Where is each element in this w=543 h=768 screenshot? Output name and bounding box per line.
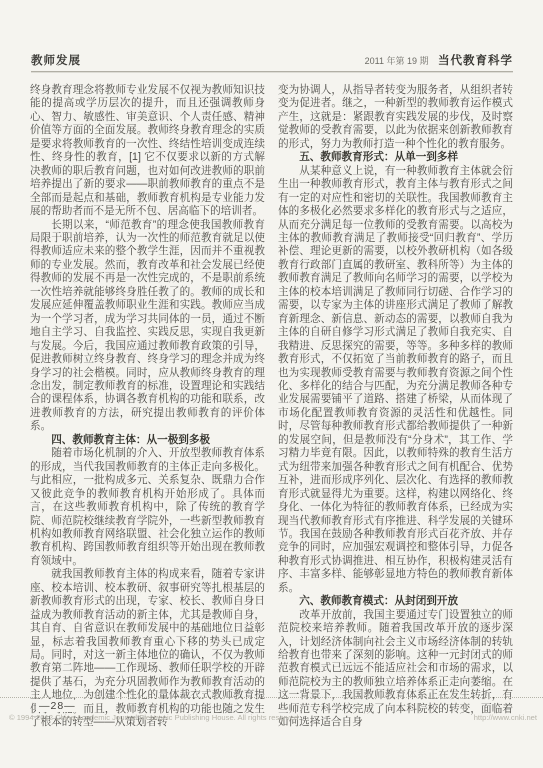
page-header: 教师发展 2011 年第 19 期 当代教育科学 [31, 52, 513, 68]
paragraph: 改革开放前，我国主要通过专门设置独立的师范院校来培养教师。随着我国改革开放的逐步… [278, 609, 513, 730]
paragraph: 从某种意义上说，有一种教师教育主体就会衍生出一种教师教育形式，教育主体与教育形式… [278, 165, 513, 596]
copyright-line: © 1994-2012 China Academic Journal Elect… [9, 713, 537, 722]
paragraph: 随着市场化机制的介入、开放型教师教育体系的形成，当代我国教师教育的主体正走向多极… [30, 447, 265, 568]
journal-page: 教师发展 2011 年第 19 期 当代教育科学 终身教育理念将教师专业发展不仅… [0, 0, 543, 768]
paragraph: 长期以来，“师范教育”的理念使我国教师教育局限于职前培养，认为一次性的师范教育就… [30, 219, 265, 434]
header-journal-name: 当代教育科学 [438, 55, 513, 67]
copyright-text: © 1994-2012 China Academic Journal Elect… [9, 713, 300, 722]
page-number: —28— [36, 700, 79, 712]
header-issue-text: 2011 年第 19 期 [365, 56, 429, 66]
copyright-url: http://www.cnki.net [474, 713, 537, 722]
header-section-label: 教师发展 [31, 52, 81, 68]
footer-divider [0, 697, 543, 698]
left-column: 终身教育理念将教师专业发展不仅视为教师知识技能的提高或学历层次的提升，而且还强调… [30, 84, 265, 730]
header-issue-info: 2011 年第 19 期 当代教育科学 [365, 52, 513, 68]
article-body: 终身教育理念将教师专业发展不仅视为教师知识技能的提高或学历层次的提升，而且还强调… [30, 84, 514, 730]
section-heading: 四、教师教育主体：从一极到多极 [30, 434, 265, 447]
right-column: 变为协调人，从指导者转变为服务者，从组织者转变为促进者。继之，一种新型的教师教育… [278, 84, 513, 730]
section-heading: 五、教师教育形式：从单一到多样 [278, 151, 513, 164]
paragraph: 终身教育理念将教师专业发展不仅视为教师知识技能的提高或学历层次的提升，而且还强调… [30, 84, 265, 219]
header-divider [31, 71, 513, 72]
section-heading: 六、教师教育模式：从封闭到开放 [278, 595, 513, 608]
paragraph: 变为协调人，从指导者转变为服务者，从组织者转变为促进者。继之，一种新型的教师教育… [278, 84, 513, 151]
